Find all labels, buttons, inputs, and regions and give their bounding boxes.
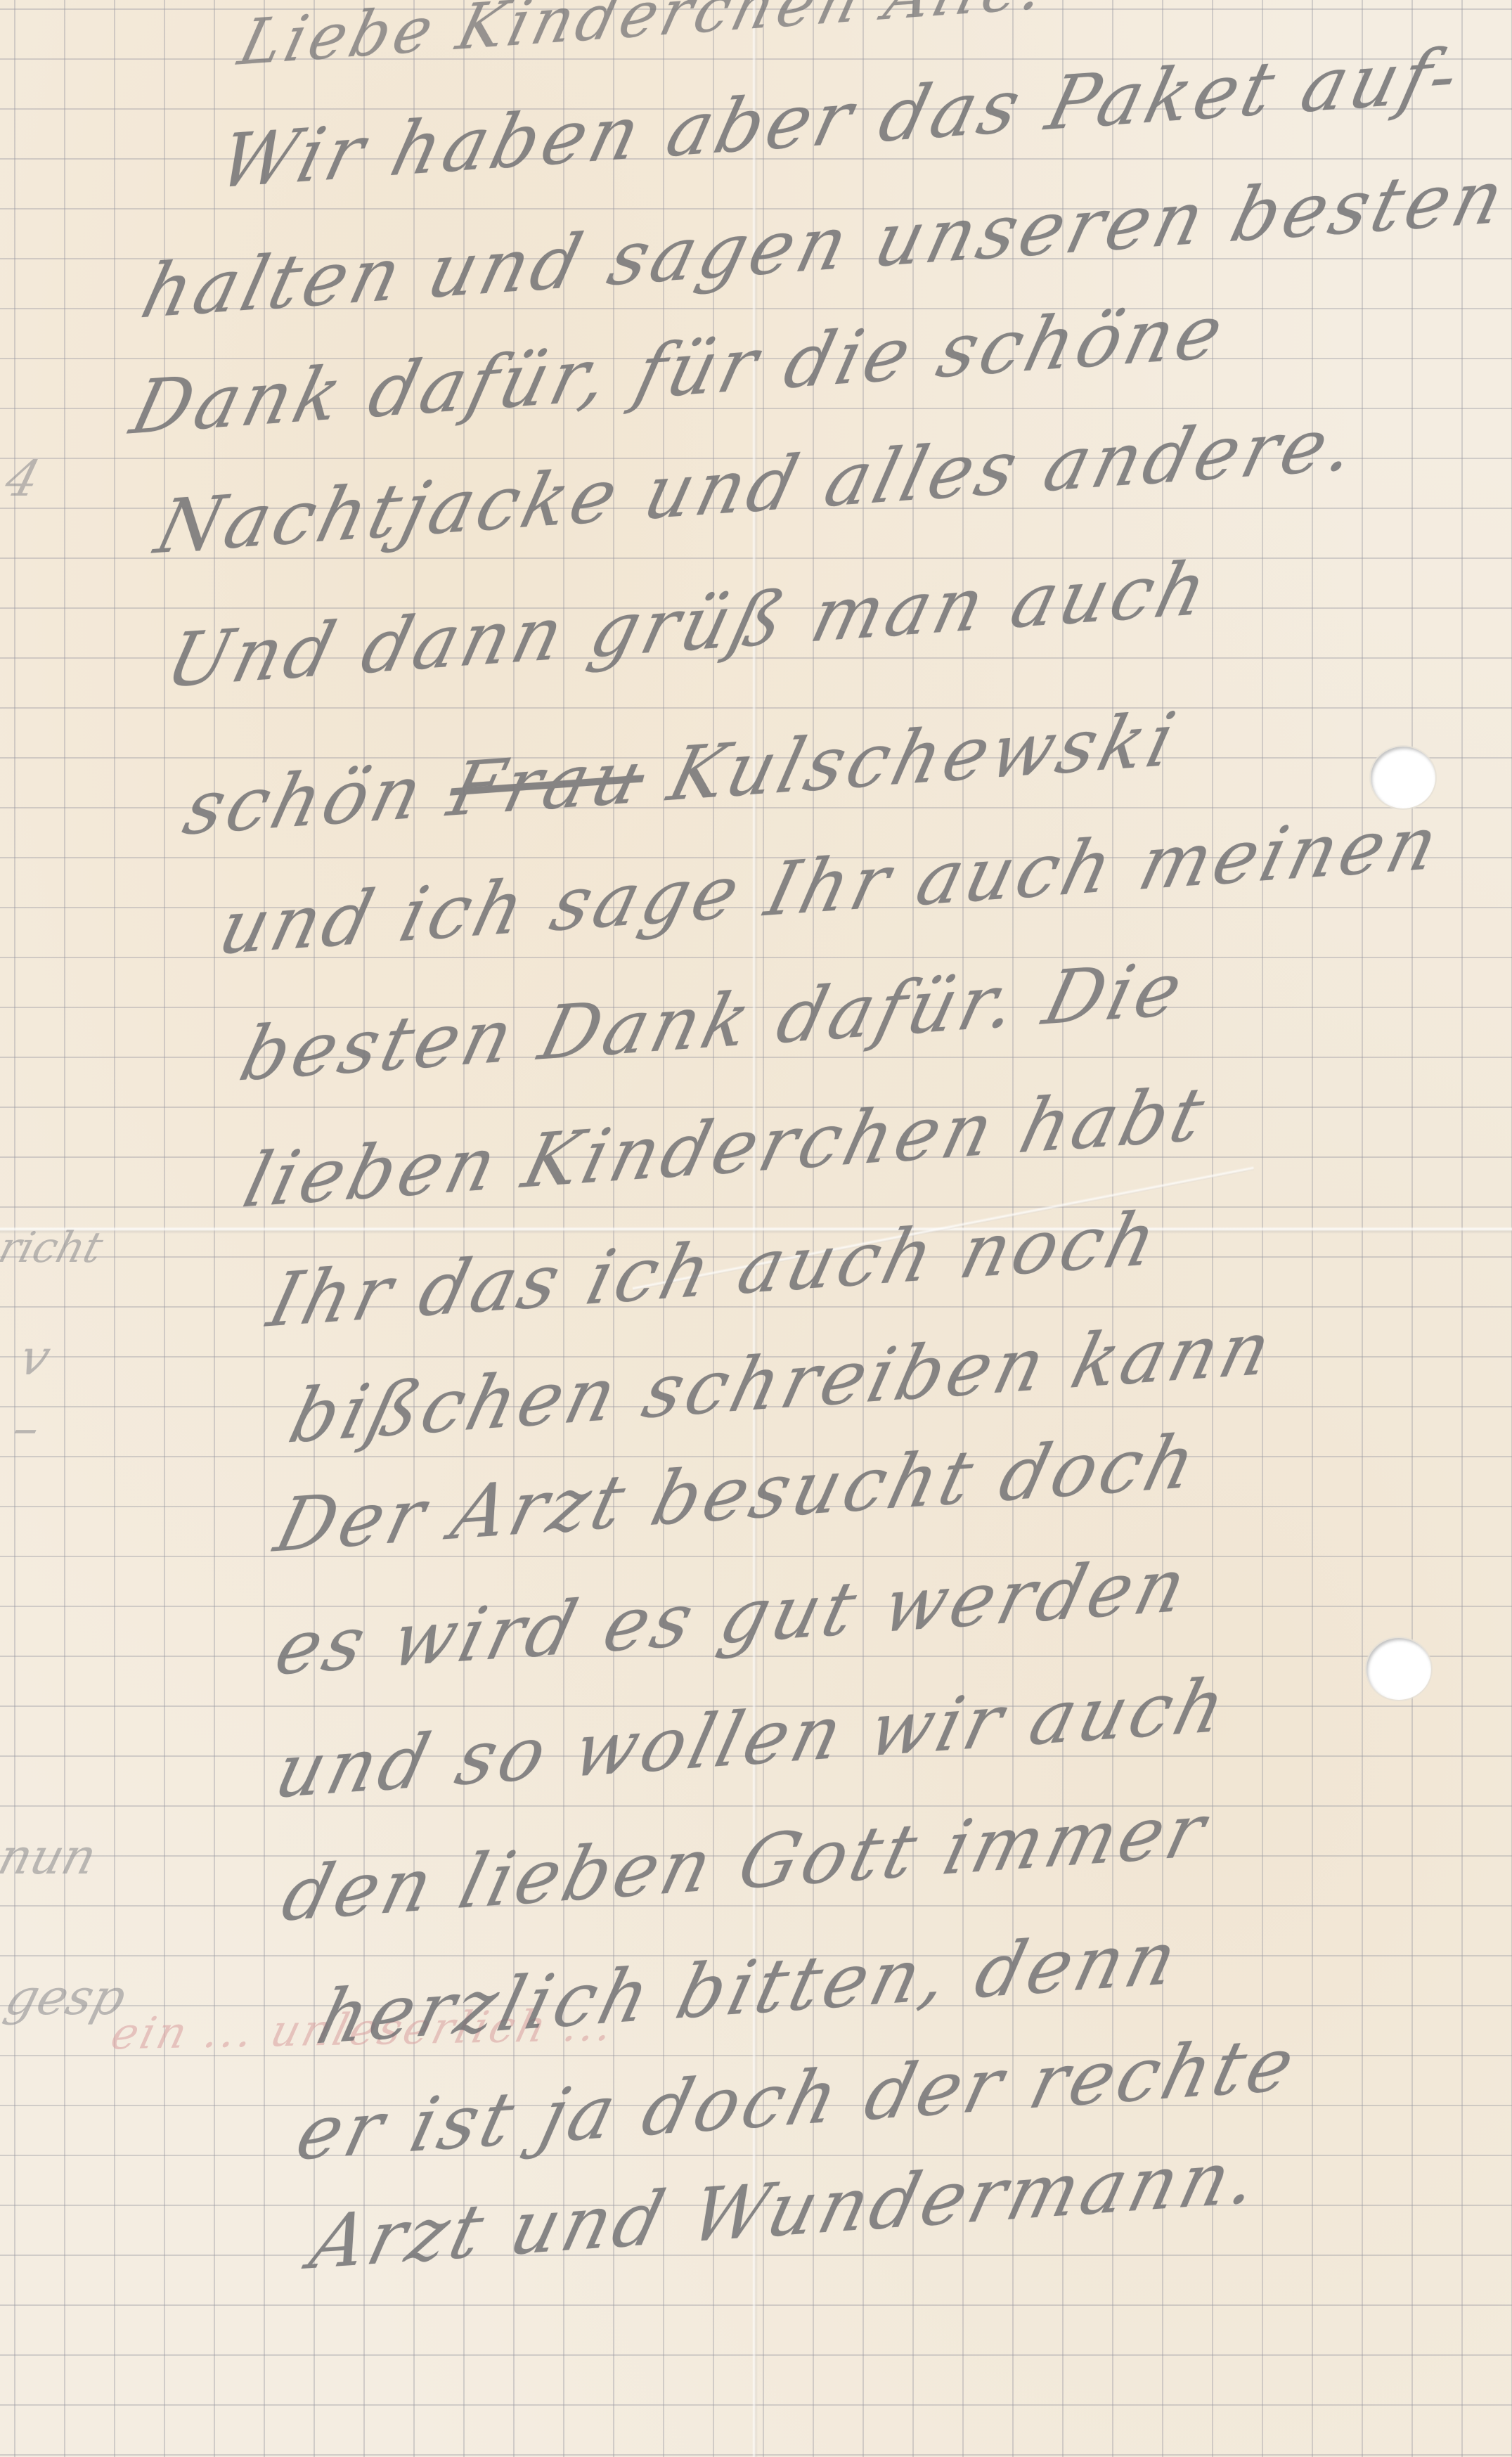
punch-hole <box>1371 747 1435 808</box>
punch-hole <box>1366 1638 1431 1700</box>
salutation: Liebe Kinderchen Alle! <box>232 0 1062 79</box>
struck-word: Frau <box>440 733 654 834</box>
letter-line: den lieben Gott immer <box>274 1786 1217 1938</box>
margin-note: 4 <box>0 450 46 508</box>
letter-page: ein ... unleserlich ... Liebe Kinderchen… <box>0 0 1512 2457</box>
margin-note: v <box>13 1329 57 1386</box>
margin-note: nun <box>0 1828 103 1885</box>
margin-note: gesp <box>0 1968 132 2026</box>
word: schön <box>176 748 434 852</box>
letter-line: besten Dank dafür. Die <box>232 945 1195 1098</box>
margin-note: richt <box>0 1223 108 1272</box>
word: Kulschewski <box>661 695 1188 818</box>
margin-note: – <box>6 1399 46 1457</box>
letter-line: es wird es gut werden <box>267 1541 1198 1692</box>
letter-line: Und dann grüß man auch <box>158 544 1220 704</box>
